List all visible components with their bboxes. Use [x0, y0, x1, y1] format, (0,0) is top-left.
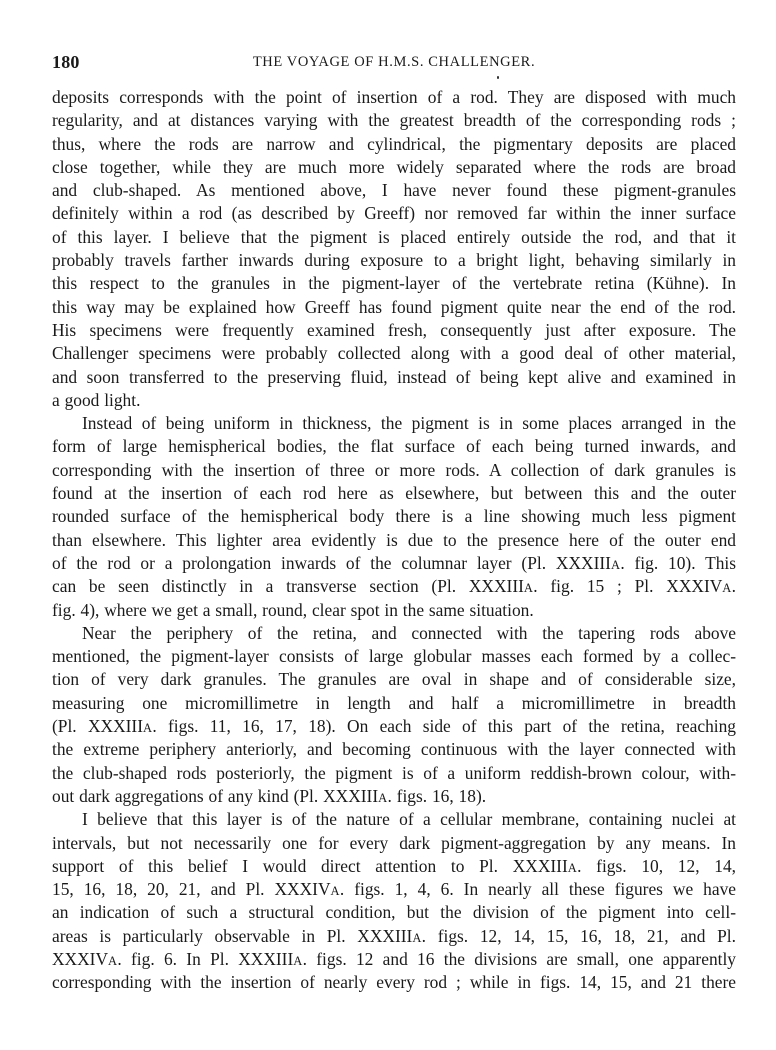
- text-line: tion of very dark granules. The granules…: [52, 668, 736, 691]
- text-line: form of large hemispherical bodies, the …: [52, 435, 736, 458]
- text-line: fig. 4), where we get a small, round, cl…: [52, 599, 736, 622]
- text-line: thus, where the rods are narrow and cyli…: [52, 133, 736, 156]
- text-line: and soon transferred to the preserving f…: [52, 366, 736, 389]
- paragraph-4: I believe that this layer is of the natu…: [52, 808, 736, 994]
- paragraph-2: Instead of being uniform in thickness, t…: [52, 412, 736, 622]
- text-line: His specimens were frequently examined f…: [52, 319, 736, 342]
- text-line: mentioned, the pigment-layer consists of…: [52, 645, 736, 668]
- paragraph-3: Near the periphery of the retina, and co…: [52, 622, 736, 808]
- text-line: XXXIVA. fig. 6. In Pl. XXXIIIA. figs. 12…: [52, 948, 736, 971]
- text-line: close together, while they are much more…: [52, 156, 736, 179]
- text-line: intervals, but not necessarily one for e…: [52, 832, 736, 855]
- text-line: can be seen distinctly in a transverse s…: [52, 575, 736, 598]
- text-line: probably travels farther inwards during …: [52, 249, 736, 272]
- text-line: out dark aggregations of any kind (Pl. X…: [52, 785, 736, 808]
- text-line: I believe that this layer is of the natu…: [52, 808, 736, 831]
- running-head: 180 THE VOYAGE OF H.M.S. CHALLENGER.: [52, 52, 736, 76]
- text-line: this way may be explained how Greeff has…: [52, 296, 736, 319]
- text-line: corresponding with the insertion of thre…: [52, 459, 736, 482]
- text-line: definitely within a rod (as described by…: [52, 202, 736, 225]
- text-line: Challenger specimens were probably colle…: [52, 342, 736, 365]
- text-line: Instead of being uniform in thickness, t…: [52, 412, 736, 435]
- text-line: corresponding with the insertion of near…: [52, 971, 736, 994]
- print-speck: [497, 76, 499, 79]
- text-line: an indication of such a structural condi…: [52, 901, 736, 924]
- text-line: this respect to the granules in the pigm…: [52, 272, 736, 295]
- text-line: 15, 16, 18, 20, 21, and Pl. XXXIVA. figs…: [52, 878, 736, 901]
- text-line: found at the insertion of each rod here …: [52, 482, 736, 505]
- text-line: of this layer. I believe that the pigmen…: [52, 226, 736, 249]
- text-line: a good light.: [52, 389, 736, 412]
- text-line: rounded surface of the hemispherical bod…: [52, 505, 736, 528]
- text-line: areas is particularly observable in Pl. …: [52, 925, 736, 948]
- text-line: support of this belief I would direct at…: [52, 855, 736, 878]
- text-line: Near the periphery of the retina, and co…: [52, 622, 736, 645]
- text-line: and club-shaped. As mentioned above, I h…: [52, 179, 736, 202]
- text-line: (Pl. XXXIIIA. figs. 11, 16, 17, 18). On …: [52, 715, 736, 738]
- text-line: than elsewhere. This lighter area eviden…: [52, 529, 736, 552]
- body-text: deposits corresponds with the point of i…: [52, 86, 736, 995]
- text-line: the club-shaped rods posteriorly, the pi…: [52, 762, 736, 785]
- text-line: regularity, and at distances varying wit…: [52, 109, 736, 132]
- running-title: THE VOYAGE OF H.M.S. CHALLENGER.: [52, 54, 736, 71]
- text-line: the extreme periphery anteriorly, and be…: [52, 738, 736, 761]
- paragraph-1: deposits corresponds with the point of i…: [52, 86, 736, 412]
- text-line: of the rod or a prolongation inwards of …: [52, 552, 736, 575]
- text-line: deposits corresponds with the point of i…: [52, 86, 736, 109]
- text-line: measuring one micromillimetre in length …: [52, 692, 736, 715]
